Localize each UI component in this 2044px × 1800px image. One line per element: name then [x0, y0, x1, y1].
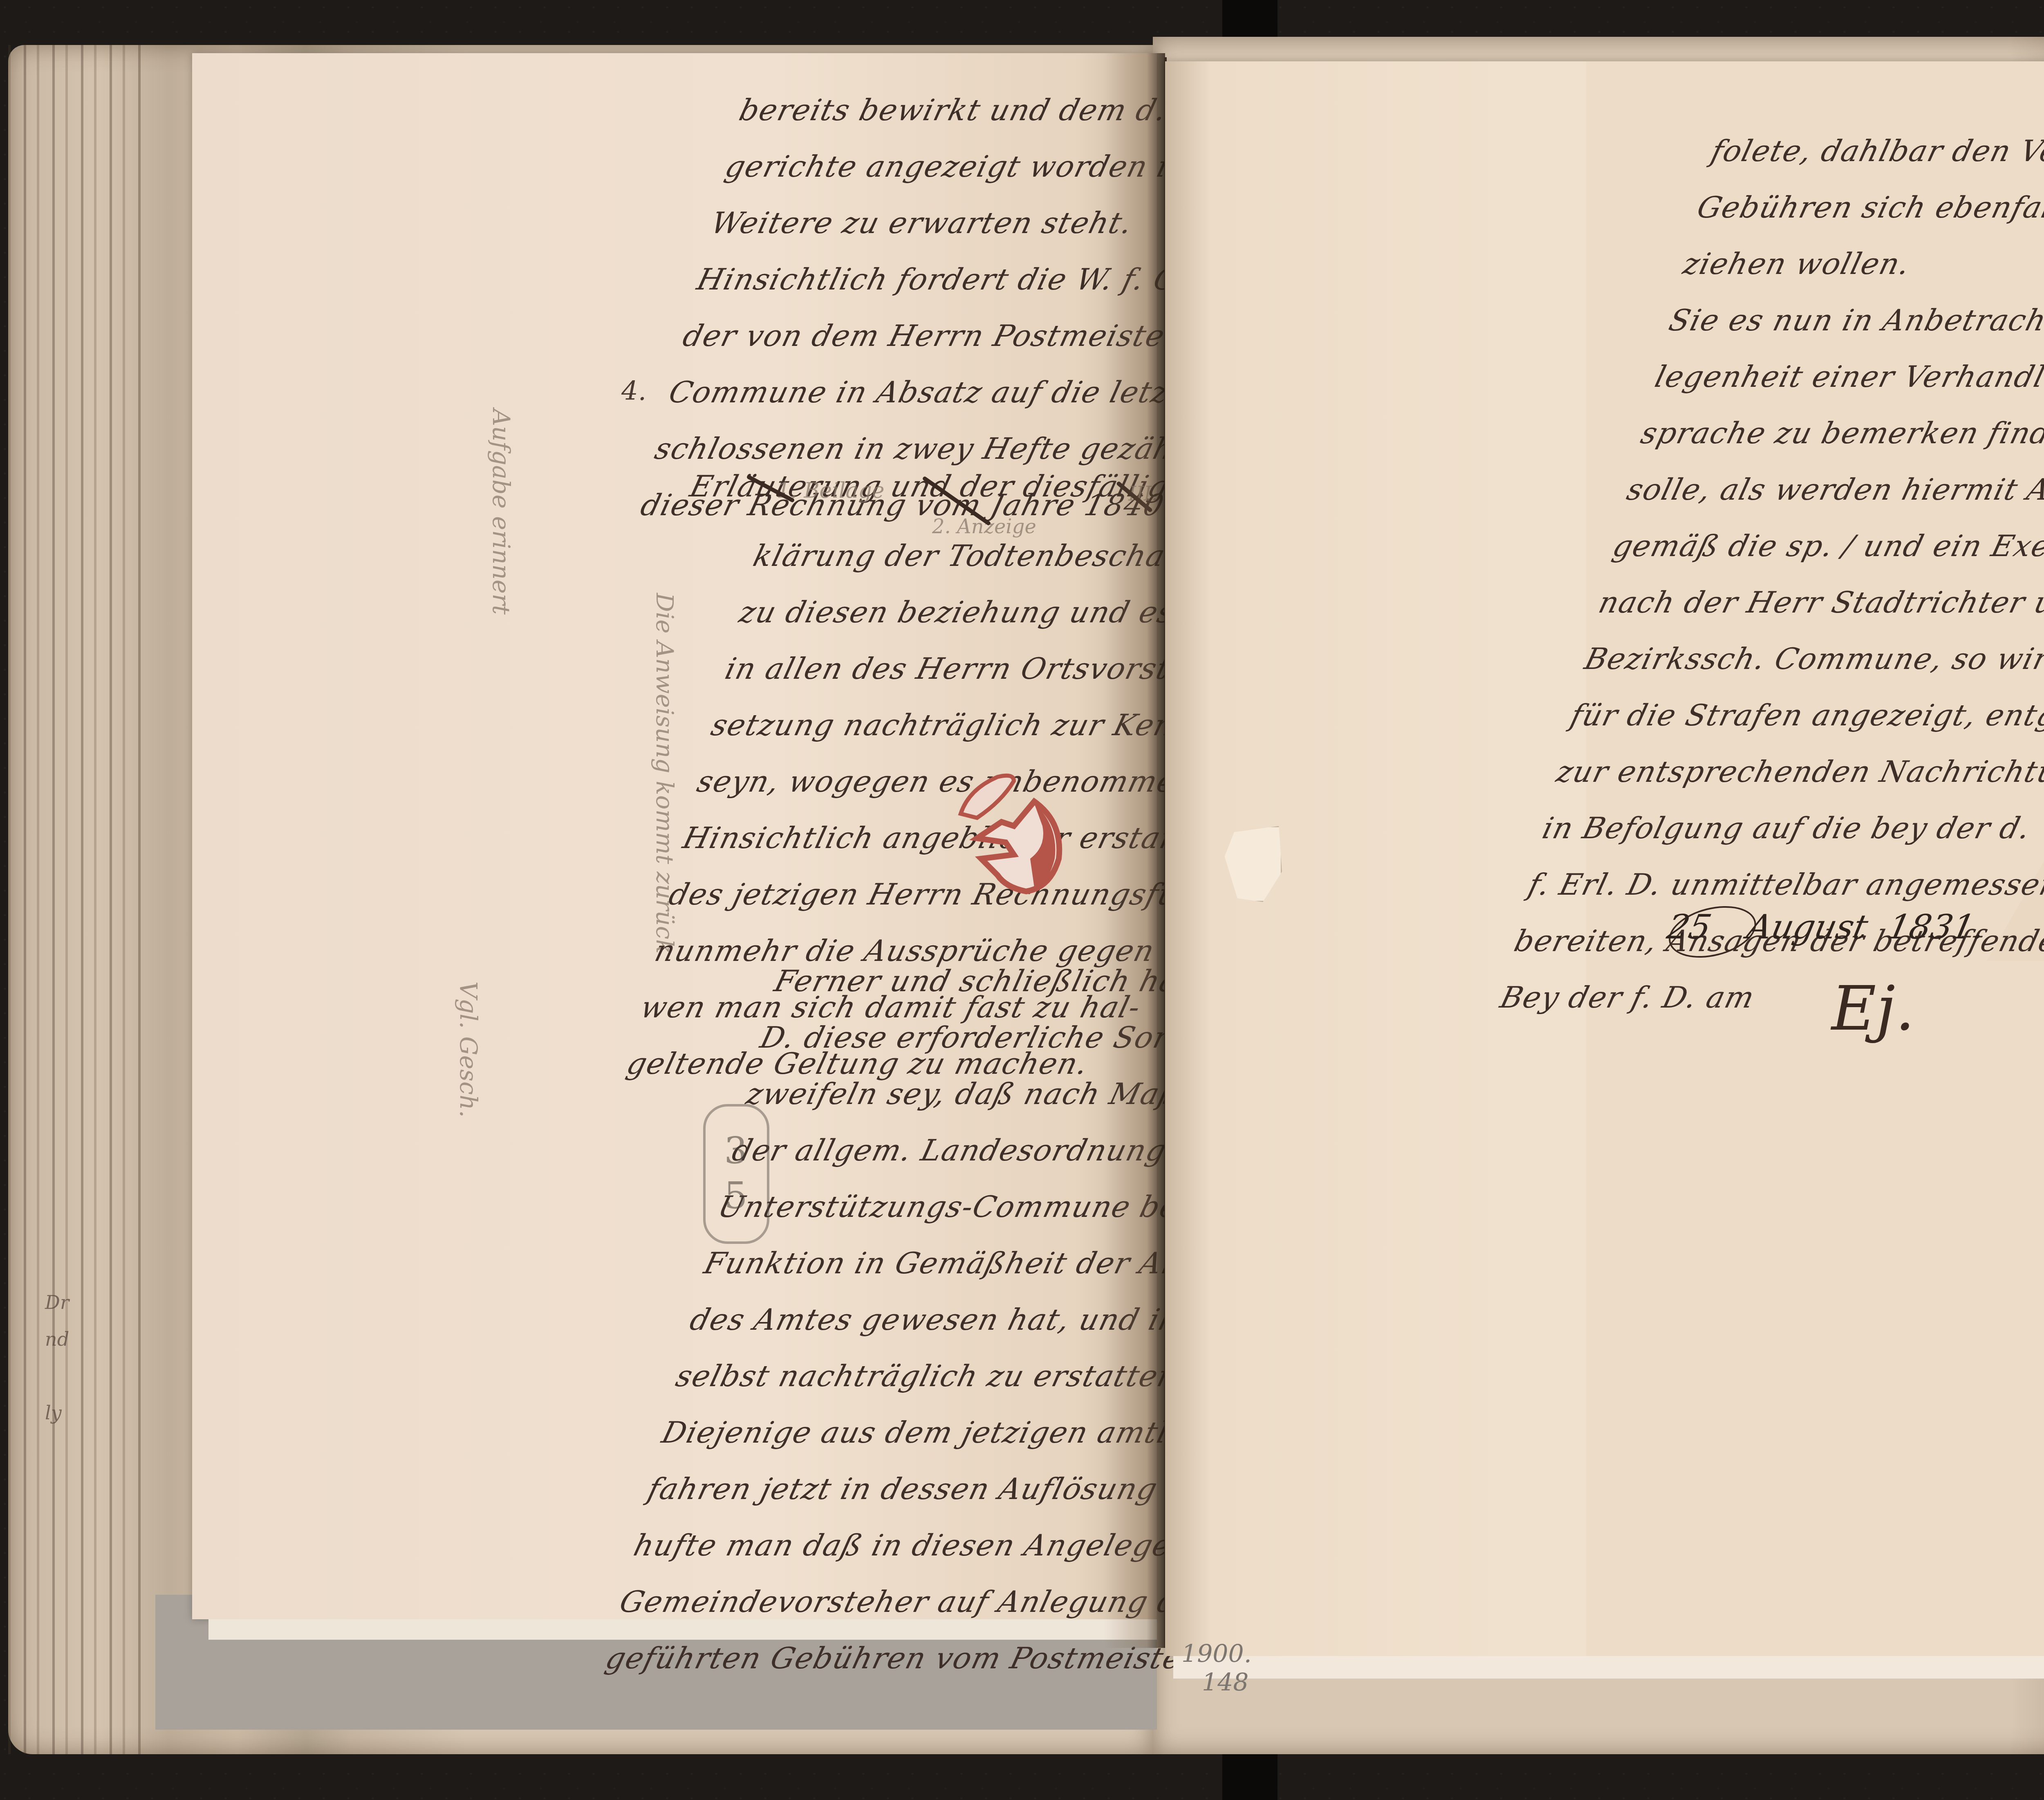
- document-date: 25 . August 1831.: [1664, 908, 1989, 947]
- margin-note-3: Vgl. Gesch.: [455, 981, 482, 1118]
- text-line: gemäß die sp. / und ein Exemplar: [1607, 518, 2044, 574]
- left-page-text-line-9: Erläuterung und der diesfälligen Er-: [684, 458, 1164, 514]
- text-line: f. Erl. D. unmittelbar angemessen: [1522, 856, 2006, 913]
- item-number: 4.: [621, 376, 646, 406]
- text-line: in Befolgung auf die bey der d.: [1536, 800, 2020, 856]
- text-line: Hinsichtlich angeblicher erstandener Kos…: [677, 810, 1157, 866]
- text-line: folete, dahlbar den Verzahlung dieser: [1705, 123, 2044, 179]
- text-line: fahren jetzt in dessen Auflösung be-: [642, 1461, 1122, 1517]
- text-line: seyn, wogegen es unbenommen bleibt, wege…: [691, 753, 1171, 810]
- text-line: sprache zu bemerken finden beiwerden: [1635, 405, 2044, 461]
- edge-fragment: ly: [45, 1402, 62, 1424]
- wax-seal-icon: [953, 765, 1071, 896]
- pencil-note-2: 148: [1202, 1668, 1249, 1697]
- text-line: solle, als werden hiermit Ausgen: [1620, 461, 2044, 518]
- text-line: Gemeindevorsteher auf Anlegung der bishe…: [614, 1573, 1094, 1630]
- text-line: zur entsprechenden Nachrichtung d.: [1550, 743, 2034, 800]
- margin-note-1: Aufgabe erinnert: [487, 409, 515, 615]
- signature: Ej.: [1831, 973, 1915, 1044]
- text-line: Gebühren sich ebenfalls nicht hingebunde…: [1691, 179, 2044, 236]
- archive-stamp-text: 3 5: [719, 1129, 752, 1219]
- text-line: der von dem Herrn Postmeister und Todtwi…: [677, 307, 1157, 364]
- text-line: nach der Herr Stadtrichter und: [1593, 574, 2044, 631]
- right-page-underlayer: [1173, 1656, 2044, 1679]
- edge-fragment: Dr: [45, 1291, 69, 1313]
- text-line: legenheit einer Verhandlung und Zu-: [1649, 348, 2044, 405]
- text-line: geführten Gebühren vom Postmeister: [599, 1630, 1079, 1686]
- text-line: Sie es nun in Anbetracht bei der ge-: [1663, 292, 2044, 348]
- left-edge-fragments: Dr nd ly: [45, 1284, 69, 1431]
- date-day: 25: [1664, 908, 1715, 947]
- text-line: Diejenige aus dem jetzigen amtlichen Ver…: [656, 1404, 1136, 1461]
- date-month: August: [1744, 908, 1871, 947]
- pencil-note-1: 1900.: [1181, 1640, 1252, 1668]
- text-line: hufte man daß in diesen Angelegenheiten …: [628, 1517, 1107, 1573]
- text-line: Hinsichtlich fordert die W. f. Cr. D. un…: [691, 251, 1171, 307]
- gutter-shadow: [1104, 53, 1165, 1648]
- edge-fragment: nd: [45, 1328, 69, 1350]
- text-line: Commune in Absatz auf die letzten ange-: [663, 364, 1143, 420]
- text-line: Bezirkssch. Commune, so wird ihnen: [1578, 631, 2044, 687]
- date-year: 1831.: [1885, 908, 1989, 947]
- text-line: ziehen wollen.: [1677, 236, 2044, 292]
- text-line: selbst nachträglich zu erstatten sey.: [670, 1348, 1150, 1404]
- text-line: für die Strafen angezeigt, entgegenstehe…: [1564, 687, 2044, 743]
- text-line: des Amtes gewesen hat, und ihm: [684, 1291, 1164, 1348]
